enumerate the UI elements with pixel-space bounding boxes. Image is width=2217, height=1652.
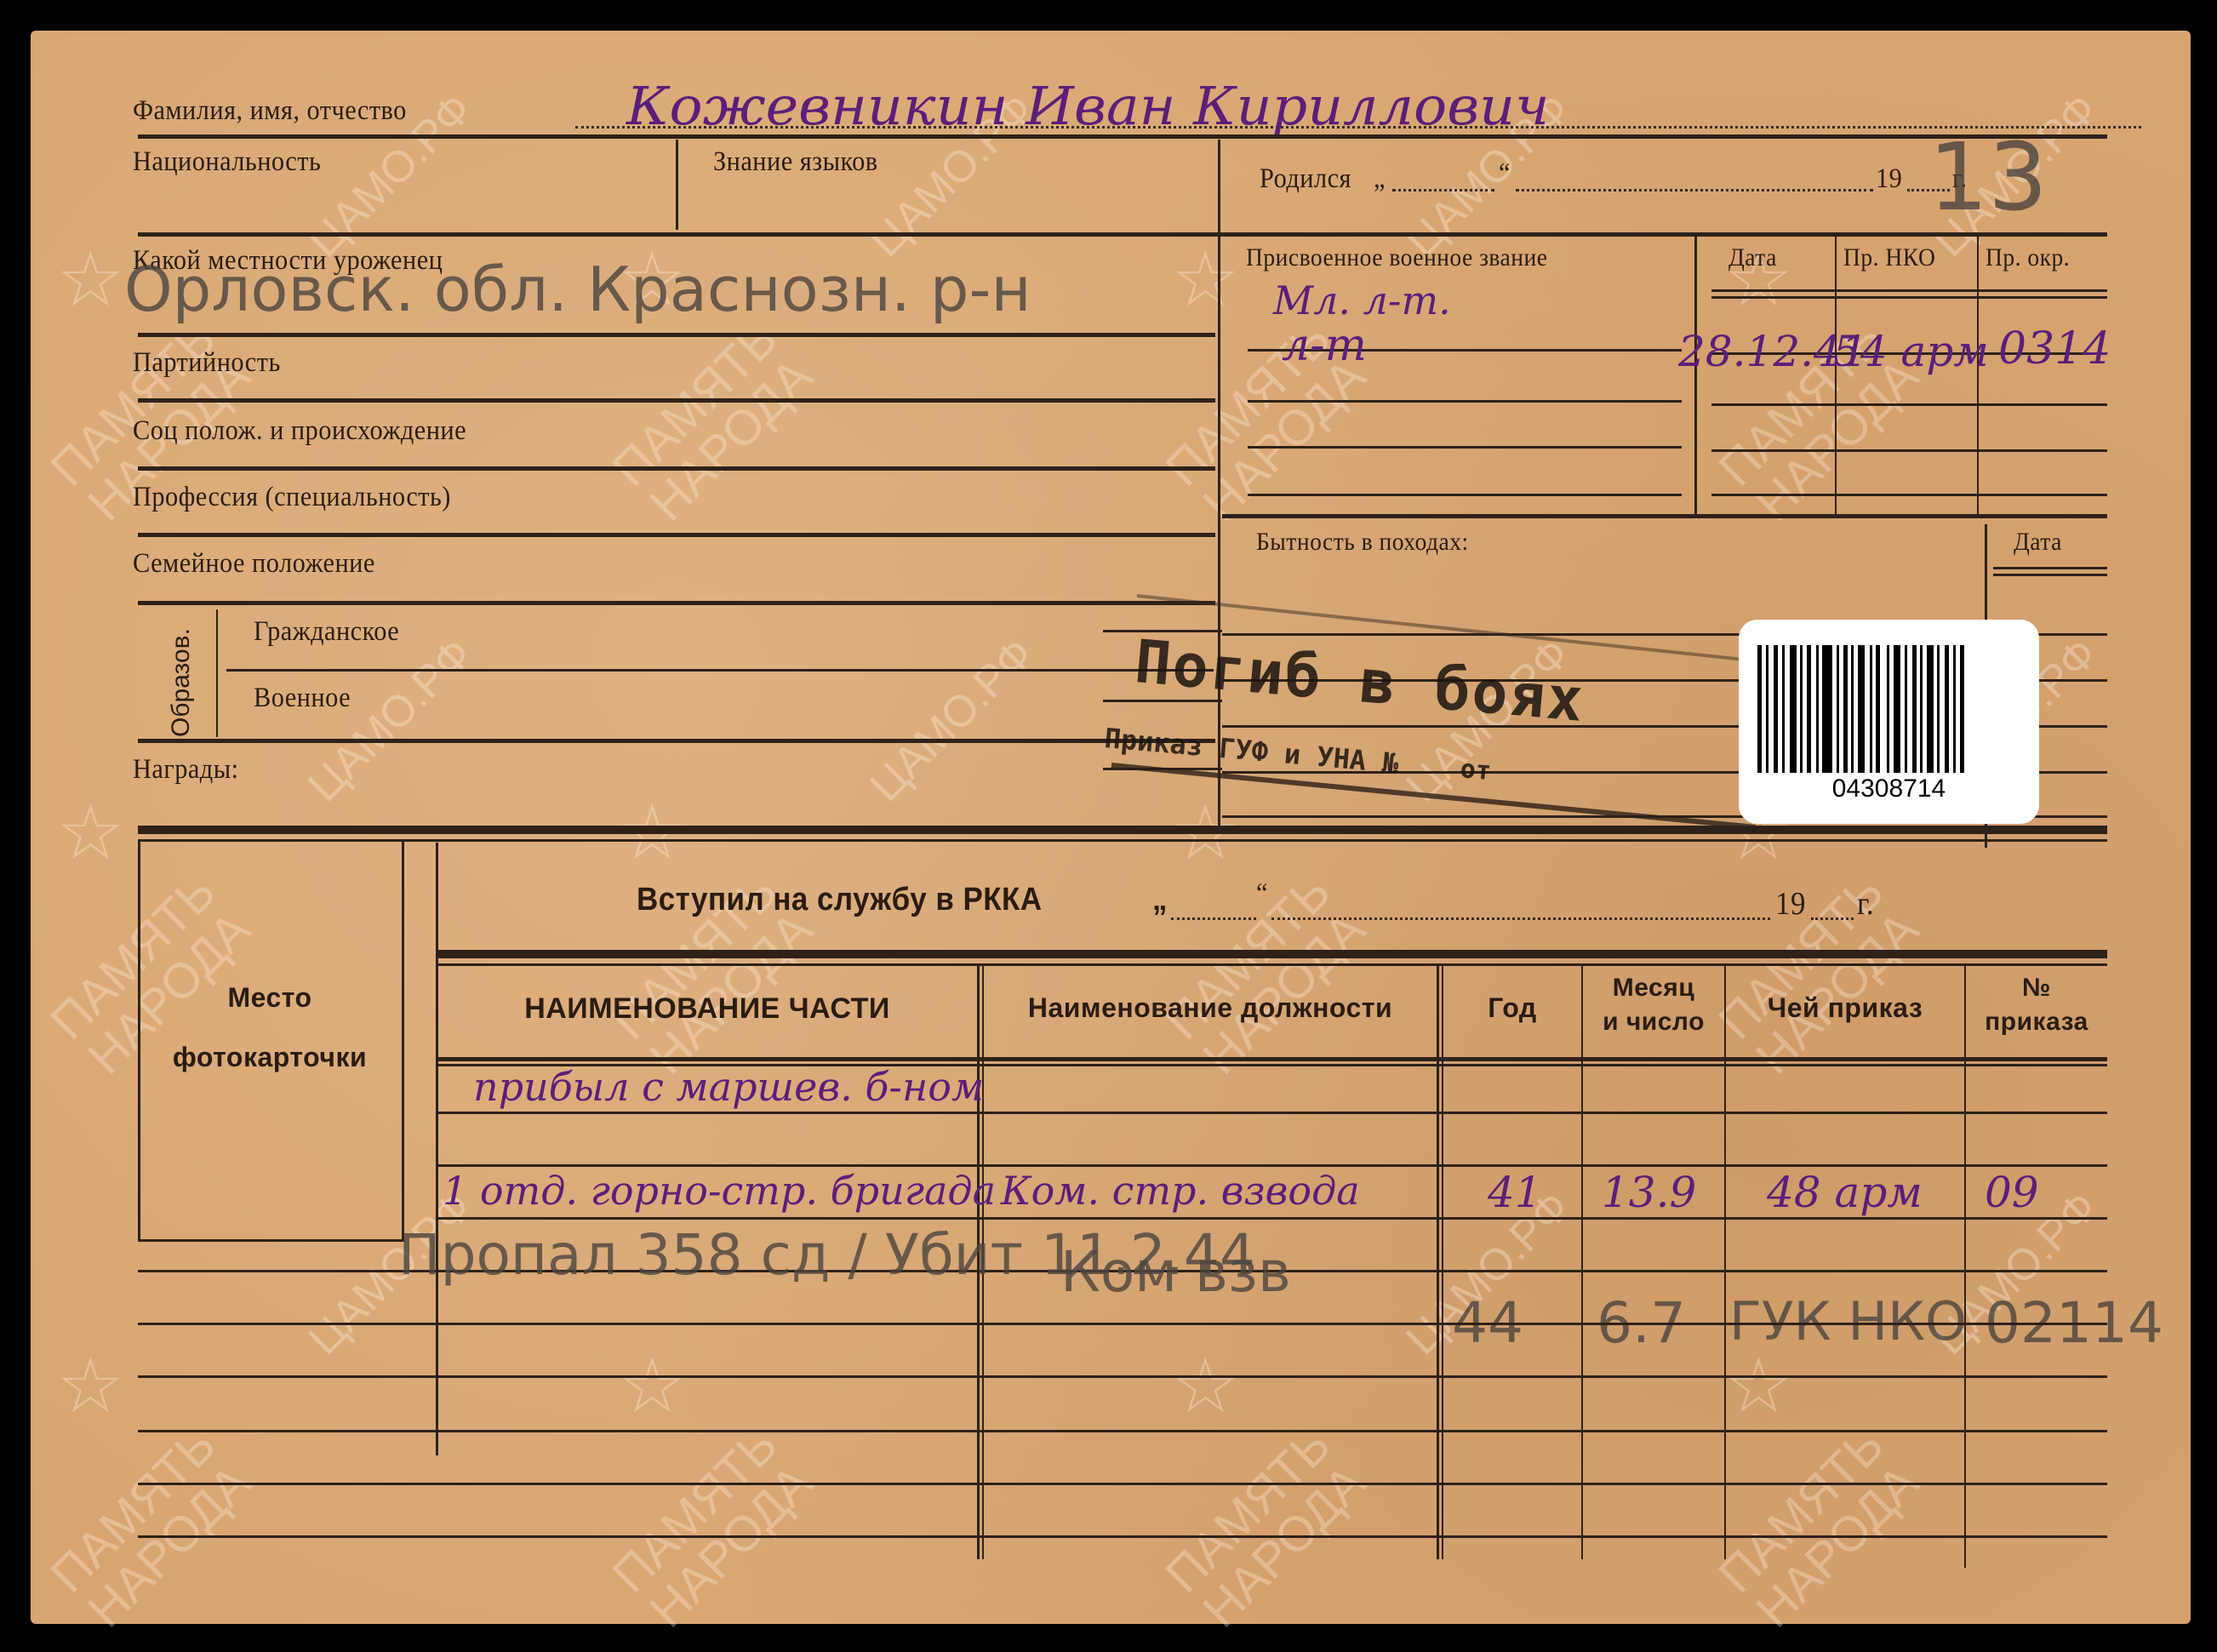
divider (216, 609, 218, 737)
watermark-pamyat: ПАМЯТЬНАРОДА (1157, 1419, 1375, 1638)
campaigns-label: Бытность в походах: (1256, 528, 1469, 557)
entered-quote-open: „ (1152, 882, 1168, 918)
entered-century: 19 (1775, 885, 1806, 923)
col-header-unit: НАИМЕНОВАНИЕ ЧАСТИ (437, 992, 977, 1026)
service-row1-unit: прибыл с маршев. б-ном (473, 1064, 984, 1110)
photo-box-right (402, 841, 404, 1241)
rank-nko-label: Пр. НКО (1843, 243, 1935, 272)
star-watermark-icon: ☆ (56, 1341, 125, 1431)
rule (1711, 289, 2107, 292)
col-header-year: Год (1443, 992, 1581, 1024)
rank-date-label: Дата (1728, 243, 1777, 272)
col-divider (1442, 963, 1443, 1559)
birthplace-value: Орловск. обл. Краснозн. р-н (124, 254, 1031, 325)
barcode-icon (1757, 645, 2020, 773)
col-divider (1724, 963, 1726, 1559)
rule (1711, 449, 2107, 452)
killed-in-action-stamp: Погиб в боях (1132, 626, 1587, 735)
rule (138, 1483, 2107, 1485)
rule (138, 601, 1215, 605)
entered-service-label: Вступил на службу в РККА (637, 882, 1043, 918)
col-header-day: и число (1583, 1008, 1724, 1037)
fio-label: Фамилия, имя, отчество (133, 95, 407, 127)
service-row2-position: Ком. стр. взвода (1001, 1168, 1360, 1214)
born-quote-close: “ (1499, 158, 1511, 190)
star-watermark-icon: ☆ (56, 788, 125, 877)
photo-place-label: Место (138, 982, 402, 1014)
service-record-card: ЦАМО.РФ ЦАМО.РФ ЦАМО.РФ ЦАМО.РФ ЦАМО.РФ … (31, 31, 2191, 1624)
star-watermark-icon: ☆ (1171, 1341, 1240, 1431)
barcode-label: 04308714 (1739, 620, 2039, 824)
born-day-dots (1392, 189, 1494, 191)
rule (226, 669, 1214, 672)
service-row2-year: 41 (1488, 1168, 1542, 1217)
star-watermark-icon: ☆ (618, 1341, 687, 1431)
entered-year-dots (1811, 917, 1854, 920)
rule (1993, 574, 2107, 576)
nationality-label: Национальность (133, 146, 321, 178)
rule (138, 1535, 2107, 1538)
rule (1711, 403, 2107, 406)
entered-day-dots (1171, 917, 1256, 920)
rule (138, 1375, 2107, 1378)
rule (437, 1217, 2107, 1220)
rank-okr-label: Пр. окр. (1986, 243, 2070, 272)
rule (1248, 446, 1682, 449)
rule (1248, 494, 1682, 496)
rule (138, 839, 2107, 842)
divider (1218, 140, 1220, 233)
education-label: Образов. (167, 628, 196, 737)
rule (138, 1430, 2107, 1432)
campaigns-date-label: Дата (2014, 528, 2062, 557)
born-century: 19 (1876, 163, 1902, 195)
rule (437, 1057, 2107, 1061)
rule (138, 466, 1215, 471)
rank-row2-okr: 0314 (1998, 323, 2111, 374)
watermark-pamyat: ПАМЯТЬНАРОДА (603, 1419, 822, 1638)
col-divider (1964, 963, 1966, 1568)
languages-label: Знание языков (713, 146, 878, 178)
service-row2-order-no: 09 (1985, 1168, 2039, 1217)
barcode-number: 04308714 (1739, 775, 2039, 803)
rule (1711, 494, 2107, 496)
watermark-pamyat: ПАМЯТЬНАРОДА (1710, 1419, 1928, 1638)
rule (138, 1323, 2107, 1325)
service-row2-order-by: 48 арм (1767, 1168, 1923, 1217)
divider (436, 843, 438, 1455)
watermark-tsamo: ЦАМО.РФ (299, 628, 483, 812)
entered-month-dots (1271, 917, 1770, 920)
star-watermark-icon: ☆ (1724, 1341, 1793, 1431)
family-label: Семейное положение (133, 548, 375, 580)
service-row2-date: 13.9 (1602, 1168, 1696, 1217)
rule (437, 1164, 2107, 1167)
watermark-pamyat: ПАМЯТЬНАРОДА (42, 1419, 260, 1638)
rank-row2-rank: л-т (1282, 320, 1367, 371)
rule (437, 1112, 2107, 1114)
born-month-dots (1516, 189, 1873, 191)
watermark-pamyat: ПАМЯТЬНАРОДА (1710, 866, 1928, 1084)
service-row3-position: Ком взв (1060, 1239, 1291, 1305)
divider (676, 140, 678, 230)
service-row2-unit: 1 отд. горно-стр. бригада (443, 1168, 996, 1214)
rule (138, 134, 2107, 139)
rule (437, 963, 2107, 966)
born-quote-open: „ (1374, 163, 1386, 195)
entered-year-suffix: г. (1857, 885, 1874, 923)
col-divider (1437, 963, 1439, 1559)
rank-row2-nko: 54 арм (1833, 327, 1989, 376)
education-civil-label: Гражданское (254, 616, 399, 648)
service-row3-order-by: ГУК НКО (1729, 1290, 1967, 1352)
rule (138, 333, 1215, 337)
fio-value: Кожевникин Иван Кириллович (626, 75, 1550, 137)
born-label: Родился (1260, 163, 1351, 195)
rule (1222, 514, 2107, 518)
col-header-order-no: приказа (1966, 1008, 2107, 1037)
star-watermark-icon: ☆ (56, 235, 125, 324)
entered-quote-close: “ (1256, 878, 1268, 910)
col-header-month: Месяц (1583, 974, 1724, 1003)
awards-label: Награды: (133, 754, 238, 786)
rule (1993, 567, 2107, 569)
rule (1248, 400, 1682, 403)
rank-row1-rank: Мл. л-т. (1273, 277, 1451, 323)
photo-box-bottom (138, 1239, 404, 1242)
col-header-order-by: Чей приказ (1726, 992, 1964, 1024)
rule (138, 739, 1215, 743)
watermark-pamyat: ПАМЯТЬНАРОДА (603, 312, 822, 531)
rule (138, 398, 1215, 403)
education-military-label: Военное (254, 683, 351, 714)
social-label: Соц полож. и происхождение (133, 415, 466, 447)
rule (437, 950, 2107, 958)
rule (138, 533, 1215, 537)
photo-place-label-2: фотокарточки (138, 1042, 402, 1073)
col-header-order-no-symbol: № (1966, 974, 2107, 1003)
section-separator (138, 826, 2107, 834)
stamp-order-from: от (1459, 754, 1492, 786)
col-header-position: Наименование должности (984, 992, 1437, 1024)
rule (1711, 296, 2107, 299)
col-divider (1581, 963, 1583, 1559)
born-value: 13 (1928, 123, 2048, 232)
watermark-tsamo: ЦАМО.РФ (860, 628, 1044, 812)
party-label: Партийность (133, 347, 281, 379)
star-watermark-icon: ☆ (1171, 235, 1240, 324)
rank-title-label: Присвоенное военное звание (1246, 243, 1547, 272)
profession-label: Профессия (специальность) (133, 482, 451, 513)
photo-box-left (138, 841, 140, 1241)
rule (138, 232, 2107, 237)
